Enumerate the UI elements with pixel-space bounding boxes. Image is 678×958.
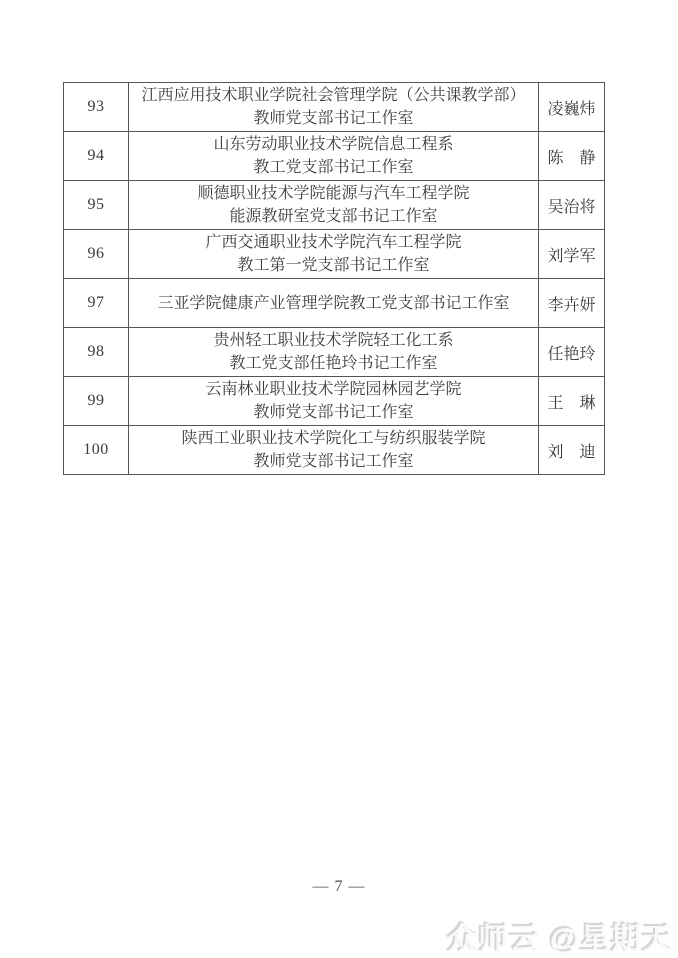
table-row: 95 顺德职业技术学院能源与汽车工程学院 能源教研室党支部书记工作室 吴治将 [64,181,605,230]
document-page: 93 江西应用技术职业学院社会管理学院（公共课教学部） 教师党支部书记工作室 凌… [0,0,678,958]
org-cell: 山东劳动职业技术学院信息工程系 教工党支部书记工作室 [129,132,539,181]
row-number: 96 [64,230,129,279]
table-row: 96 广西交通职业技术学院汽车工程学院 教工第一党支部书记工作室 刘学军 [64,230,605,279]
org-line-1: 云南林业职业技术学院园林园艺学院 [129,378,538,401]
row-number: 98 [64,328,129,377]
org-line-1: 陕西工业职业技术学院化工与纺织服装学院 [129,427,538,450]
table-row: 97 三亚学院健康产业管理学院教工党支部书记工作室 李卉妍 [64,279,605,328]
org-line-2: 教师党支部书记工作室 [129,107,538,130]
name-cell: 凌巍炜 [539,83,605,132]
org-cell: 贵州轻工职业技术学院轻工化工系 教工党支部任艳玲书记工作室 [129,328,539,377]
page-number: — 7 — [0,878,678,896]
table-row: 99 云南林业职业技术学院园林园艺学院 教师党支部书记工作室 王 琳 [64,377,605,426]
org-line-1: 顺德职业技术学院能源与汽车工程学院 [129,182,538,205]
row-number: 94 [64,132,129,181]
name-cell: 陈 静 [539,132,605,181]
org-line-1: 江西应用技术职业学院社会管理学院（公共课教学部） [129,84,538,107]
org-line-2: 教工第一党支部书记工作室 [129,254,538,277]
org-line-2: 教工党支部书记工作室 [129,156,538,179]
name-cell: 吴治将 [539,181,605,230]
row-number: 99 [64,377,129,426]
table-row: 100 陕西工业职业技术学院化工与纺织服装学院 教师党支部书记工作室 刘 迪 [64,426,605,475]
org-line-1: 贵州轻工职业技术学院轻工化工系 [129,329,538,352]
row-number: 93 [64,83,129,132]
name-cell: 刘学军 [539,230,605,279]
org-line-2: 教工党支部任艳玲书记工作室 [129,352,538,375]
row-number: 97 [64,279,129,328]
row-number: 100 [64,426,129,475]
name-cell: 李卉妍 [539,279,605,328]
org-cell: 云南林业职业技术学院园林园艺学院 教师党支部书记工作室 [129,377,539,426]
org-line-1: 山东劳动职业技术学院信息工程系 [129,133,538,156]
name-cell: 任艳玲 [539,328,605,377]
name-cell: 刘 迪 [539,426,605,475]
org-line-2: 教师党支部书记工作室 [129,450,538,473]
table-row: 93 江西应用技术职业学院社会管理学院（公共课教学部） 教师党支部书记工作室 凌… [64,83,605,132]
org-cell: 陕西工业职业技术学院化工与纺织服装学院 教师党支部书记工作室 [129,426,539,475]
watermark: 众师云 @星期天 [447,914,673,958]
org-cell: 三亚学院健康产业管理学院教工党支部书记工作室 [129,279,539,328]
name-cell: 王 琳 [539,377,605,426]
org-line-1: 广西交通职业技术学院汽车工程学院 [129,231,538,254]
org-line-2: 能源教研室党支部书记工作室 [129,205,538,228]
table-row: 98 贵州轻工职业技术学院轻工化工系 教工党支部任艳玲书记工作室 任艳玲 [64,328,605,377]
org-line-1: 三亚学院健康产业管理学院教工党支部书记工作室 [129,292,538,315]
org-cell: 江西应用技术职业学院社会管理学院（公共课教学部） 教师党支部书记工作室 [129,83,539,132]
org-cell: 广西交通职业技术学院汽车工程学院 教工第一党支部书记工作室 [129,230,539,279]
org-line-2: 教师党支部书记工作室 [129,401,538,424]
org-cell: 顺德职业技术学院能源与汽车工程学院 能源教研室党支部书记工作室 [129,181,539,230]
table-row: 94 山东劳动职业技术学院信息工程系 教工党支部书记工作室 陈 静 [64,132,605,181]
row-number: 95 [64,181,129,230]
studio-roster-table: 93 江西应用技术职业学院社会管理学院（公共课教学部） 教师党支部书记工作室 凌… [63,82,605,475]
